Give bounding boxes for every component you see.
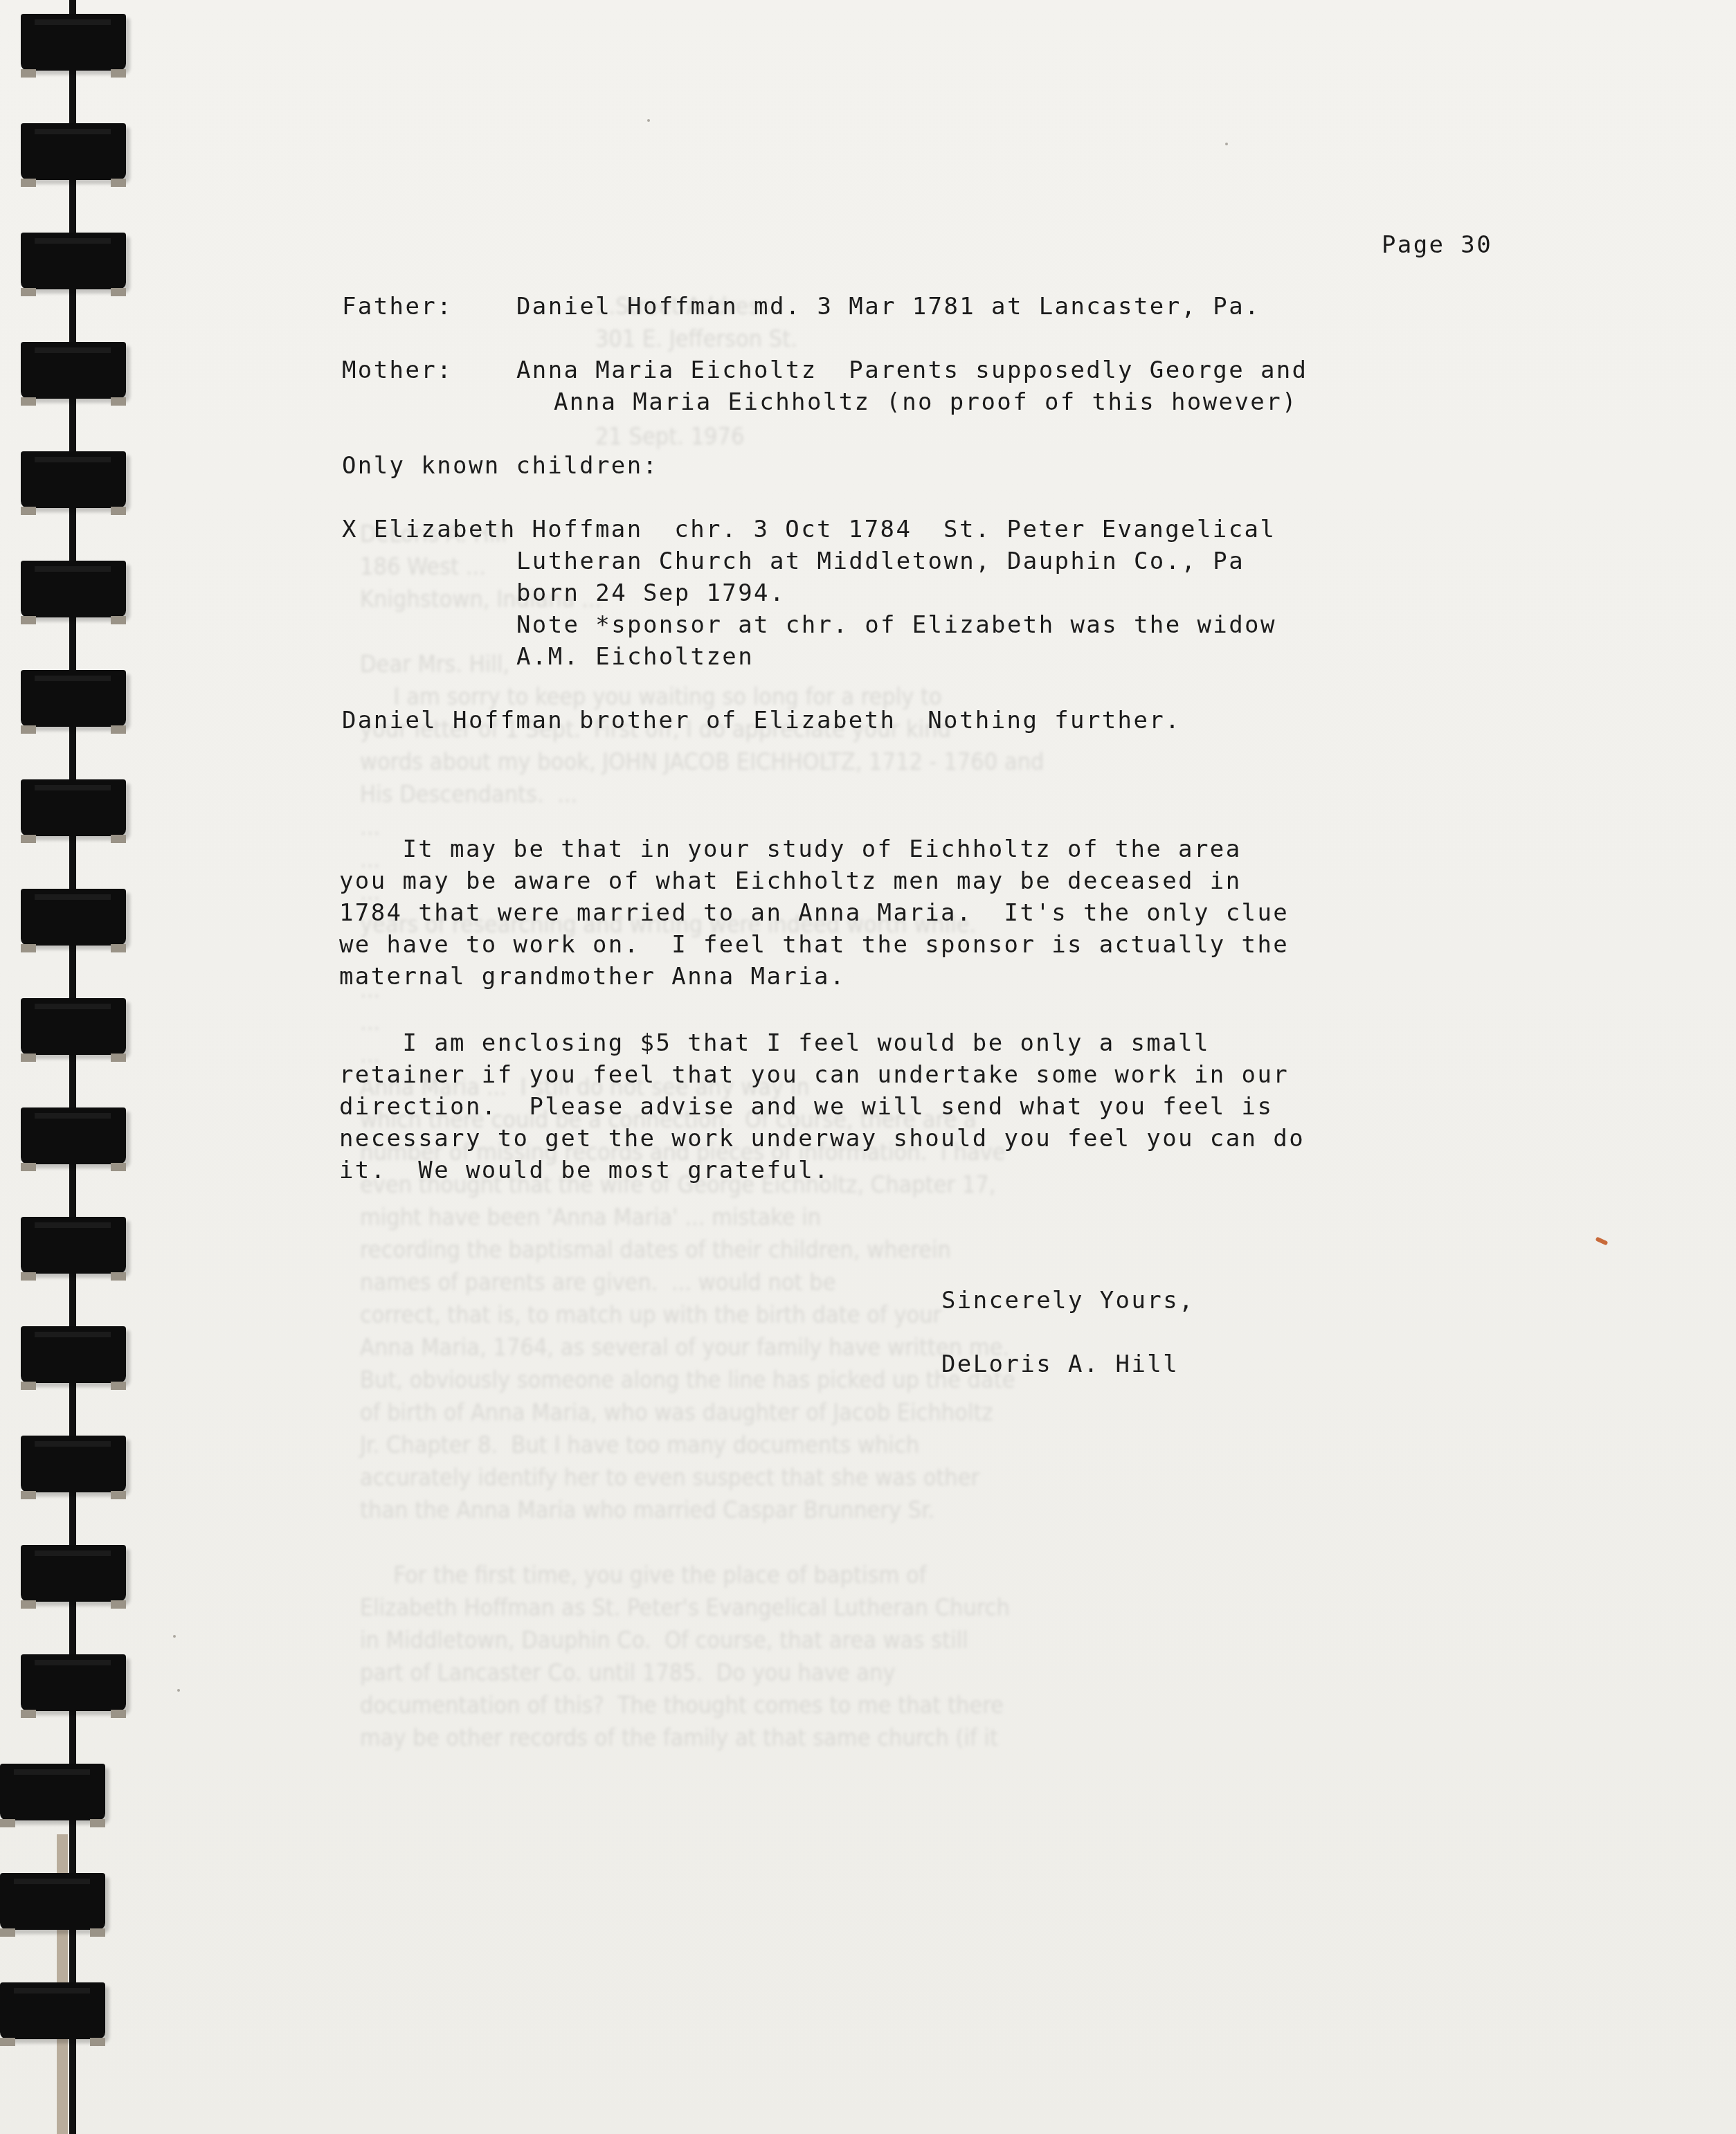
paragraph-line: direction. Please advise and we will sen… [339,1091,1273,1123]
show-through-line: recording the baptismal dates of their c… [360,1234,1606,1267]
show-through-line: For the first time, you give the place o… [360,1559,1606,1592]
binding-ring [21,670,126,727]
show-through-line: His Descendants. ... [360,779,1606,811]
letter-paragraph-2: I am enclosing $5 that I feel would be o… [339,1027,402,1250]
genealogy-section: Father: Daniel Hoffman md. 3 Mar 1781 at… [342,291,405,864]
child-entry-line3: born 24 Sep 1794. [516,577,786,609]
document-page: ...Street Address 301 E. Jefferson St. 2… [0,0,1736,2134]
mother-value-line1: Anna Maria Eicholtz Parents supposedly G… [516,354,1308,386]
spiral-binding [0,0,138,2134]
paragraph-line: I am enclosing $5 that I feel would be o… [339,1027,1210,1059]
paragraph-line: maternal grandmother Anna Maria. [339,961,846,993]
show-through-line: Jr. Chapter 8. But I have too many docum… [360,1429,1606,1462]
show-through-line: than the Anna Maria who married Caspar B… [360,1494,1606,1527]
child-entry-line1: X Elizabeth Hoffman chr. 3 Oct 1784 St. … [342,514,1276,545]
binding-ring [21,779,126,836]
show-through-line: words about my book, JOHN JACOB EICHHOLT… [360,746,1606,779]
binding-ring [21,1545,126,1602]
binding-ring [21,451,126,508]
show-through-line: part of Lancaster Co. until 1785. Do you… [360,1657,1606,1690]
letter-closing: Sincerely Yours, DeLoris A. Hill [941,1285,1004,1412]
mother-value-line2: Anna Maria Eichholtz (no proof of this h… [554,386,1298,418]
show-through-line: Elizabeth Hoffman as St. Peter's Evangel… [360,1592,1606,1625]
brother-note: Daniel Hoffman brother of Elizabeth Noth… [342,705,1181,736]
signature-name: DeLoris A. Hill [941,1348,1179,1380]
child-entry-line4: Note *sponsor at chr. of Elizabeth was t… [516,609,1276,641]
child-entry-line2: Lutheran Church at Middletown, Dauphin C… [516,545,1245,577]
binding-ring [0,1873,105,1930]
show-through-text: ...Street Address 301 E. Jefferson St. 2… [360,291,1606,1755]
binding-ring [21,1107,126,1164]
paragraph-line: 1784 that were married to an Anna Maria.… [339,897,1289,929]
paragraph-line: it. We would be most grateful. [339,1155,830,1186]
paper-speck [647,119,650,122]
paper-speck [1225,143,1228,145]
show-through-line: might have been 'Anna Maria' ... mistake… [360,1202,1606,1234]
binding-ring [21,14,126,71]
binding-ring [21,561,126,617]
binding-ring [21,1326,126,1383]
show-through-line: may be other records of the family at th… [360,1722,1606,1755]
paragraph-line: retainer if you feel that you can undert… [339,1059,1289,1091]
binding-ring [21,998,126,1055]
binding-ring [0,1764,105,1820]
binding-ring [21,1217,126,1274]
binding-ring [0,1982,105,2039]
paper-speck [173,1635,176,1638]
binding-ring [21,123,126,180]
binding-ring [21,233,126,289]
show-through-line: in Middletown, Dauphin Co. Of course, th… [360,1625,1606,1657]
binding-ring [21,1654,126,1711]
father-value: Daniel Hoffman md. 3 Mar 1781 at Lancast… [516,291,1260,323]
binding-ring [21,1436,126,1492]
paragraph-line: It may be that in your study of Eichholt… [339,833,1242,865]
show-through-line [360,1527,1606,1559]
children-heading: Only known children: [342,450,658,482]
show-through-line: documentation of this? The thought comes… [360,1690,1606,1722]
closing-text: Sincerely Yours, [941,1285,1195,1317]
mother-label: Mother: [342,354,453,386]
show-through-line: 301 E. Jefferson St. [360,323,1606,356]
paragraph-line: we have to work on. I feel that the spon… [339,929,1289,961]
letter-paragraph-1: It may be that in your study of Eichholt… [339,833,402,1056]
paragraph-line: necessary to get the work underway shoul… [339,1123,1305,1155]
paper-speck [177,1689,180,1692]
show-through-line: 21 Sept. 1976 [360,421,1606,453]
binding-ring [21,342,126,399]
child-entry-line5: A.M. Eicholtzen [516,641,754,673]
father-label: Father: [342,291,453,323]
show-through-line: accurately identify her to even suspect … [360,1462,1606,1494]
paragraph-line: you may be aware of what Eichholtz men m… [339,865,1242,897]
binding-ring [21,889,126,946]
page-number: Page 30 [1382,231,1492,259]
